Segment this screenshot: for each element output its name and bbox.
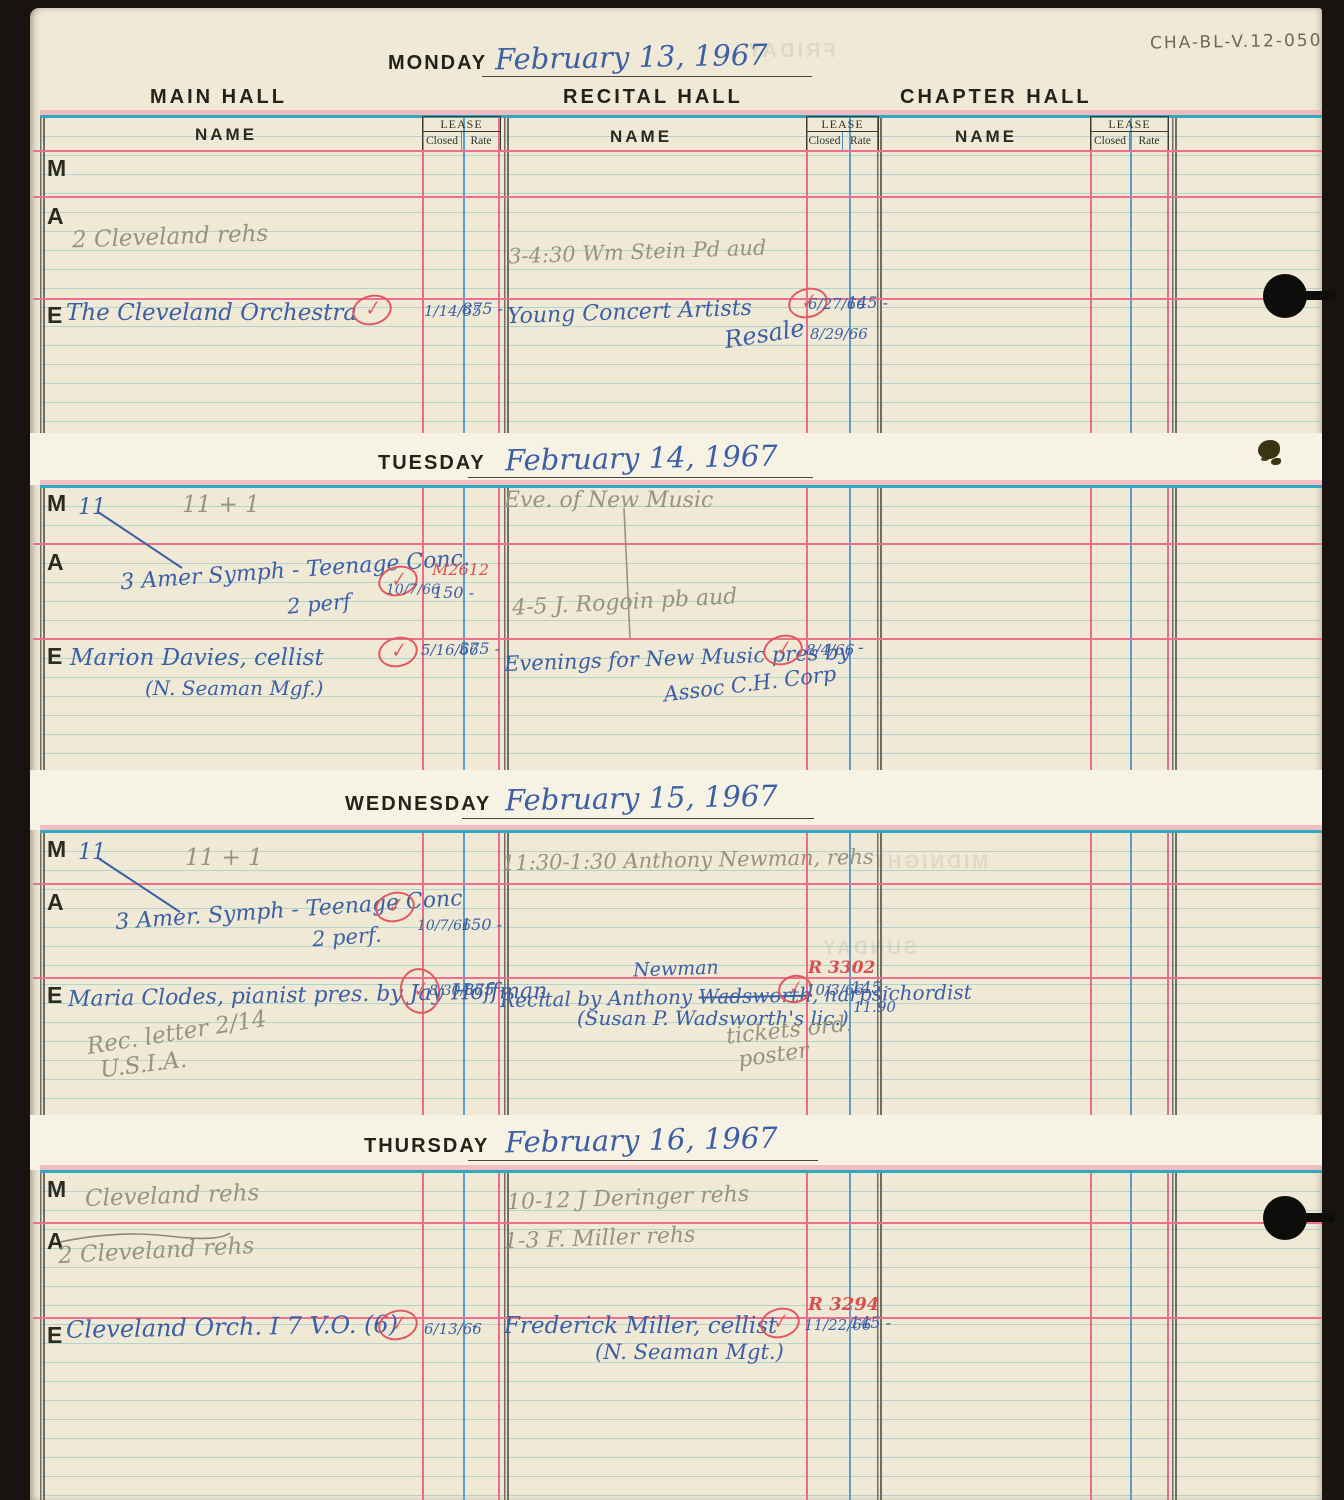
wed-recital-e-rate2: 11.90 bbox=[853, 998, 896, 1016]
thu-recital-e-code: R 3294 bbox=[808, 1294, 879, 1315]
row-label-a: A bbox=[47, 203, 65, 230]
day-label-wednesday: WEDNESDAY bbox=[345, 793, 491, 816]
day-label-thursday: THURSDAY bbox=[364, 1135, 489, 1158]
pencil-stroke bbox=[618, 506, 636, 642]
pen-stroke bbox=[96, 510, 186, 572]
name-column-header-chapter: NAME bbox=[955, 127, 1017, 147]
row-label-m: M bbox=[47, 155, 67, 182]
date-underline bbox=[468, 477, 813, 478]
day-label-monday: MONDAY bbox=[388, 52, 487, 75]
wed-main-a-rate: 150 - bbox=[461, 915, 502, 934]
tue-main-morning-note: 11 + 1 bbox=[182, 492, 260, 518]
entry-tue-main-evening: Marion Davies, cellist bbox=[70, 645, 324, 671]
entry-tue-recital-morning: Eve. of New Music bbox=[504, 488, 713, 513]
tue-main-a-rate: 150 - bbox=[433, 583, 474, 602]
entry-thu-main-evening: Cleveland Orch. I 7 V.O. (6) bbox=[66, 1310, 398, 1344]
punch-hole-tear bbox=[1295, 1213, 1335, 1222]
monday-table bbox=[40, 115, 1322, 436]
tue-main-e-mgmt: (N. Seaman Mgf.) bbox=[145, 676, 323, 700]
row-label-e: E bbox=[47, 982, 63, 1009]
wed-recital-e-correction: Newman bbox=[633, 957, 719, 982]
ink-blot bbox=[1258, 440, 1280, 459]
row-label-m: M bbox=[47, 1176, 67, 1203]
wed-recital-e-rate: 145 - bbox=[851, 978, 892, 997]
wed-main-morning-note: 11 + 1 bbox=[185, 845, 263, 871]
tue-main-e-rate: 575 - bbox=[459, 639, 500, 658]
lease-header-main: LEASE ClosedRate bbox=[422, 116, 501, 151]
thu-recital-e-rate: 145 - bbox=[850, 1313, 891, 1332]
entry-mon-main-evening: The Cleveland Orchestra bbox=[66, 300, 357, 326]
row-label-m: M bbox=[47, 490, 67, 517]
date-monday: February 13, 1967 bbox=[495, 38, 768, 77]
entry-thu-recital-evening: Frederick Miller, cellist bbox=[504, 1313, 777, 1339]
date-underline bbox=[468, 1160, 818, 1161]
name-column-header-main: NAME bbox=[195, 125, 257, 145]
date-underline bbox=[462, 818, 814, 819]
mon-main-e-rate: 875 - bbox=[462, 299, 503, 318]
hall-header-chapter: CHAPTER HALL bbox=[900, 86, 1092, 109]
tue-recital-e-closed: 8/4/66 bbox=[806, 641, 854, 659]
date-tuesday: February 14, 1967 bbox=[505, 439, 778, 478]
row-label-a: A bbox=[47, 549, 65, 576]
tue-main-a-code: M2612 bbox=[432, 560, 489, 579]
archive-reference-code: CHA-BL-V.12-050 bbox=[1150, 30, 1323, 53]
thu-main-e-rate: - bbox=[472, 1316, 478, 1336]
row-label-e: E bbox=[47, 302, 63, 329]
mon-recital-e-closed2: 8/29/66 bbox=[810, 325, 868, 343]
day-label-tuesday: TUESDAY bbox=[378, 452, 486, 475]
ledger-page-scan: CHA-BL-V.12-050 FRIDAY SATURDAY MIDNIGHT… bbox=[0, 0, 1344, 1500]
row-label-e: E bbox=[47, 1322, 63, 1349]
date-thursday: February 16, 1967 bbox=[505, 1121, 778, 1160]
row-label-a: A bbox=[47, 889, 65, 916]
thu-recital-e-mgmt: (N. Seaman Mgt.) bbox=[595, 1340, 784, 1364]
date-wednesday: February 15, 1967 bbox=[505, 779, 778, 818]
tuesday-table bbox=[40, 485, 1322, 773]
lease-header-recital: LEASE ClosedRate bbox=[806, 116, 879, 151]
punch-hole-tear bbox=[1295, 291, 1335, 300]
rate-label: Rate bbox=[462, 132, 500, 150]
lease-header-chapter: LEASE ClosedRate bbox=[1090, 116, 1169, 151]
hall-header-main: MAIN HALL bbox=[150, 86, 287, 109]
row-label-e: E bbox=[47, 643, 63, 670]
mon-recital-e-rate: 145 - bbox=[847, 293, 888, 312]
pencil-strike bbox=[58, 1228, 233, 1244]
hall-header-recital: RECITAL HALL bbox=[563, 86, 743, 109]
closed-label: Closed bbox=[423, 132, 462, 150]
wed-recital-e-code: R 3302 bbox=[808, 958, 875, 978]
tue-recital-e-rate: - bbox=[858, 638, 864, 658]
date-underline bbox=[482, 76, 812, 77]
tue-main-a-closed: 10/7/66 bbox=[386, 582, 440, 598]
row-label-m: M bbox=[47, 836, 67, 863]
name-column-header-recital: NAME bbox=[610, 127, 672, 147]
wed-main-a-perf: 2 perf. bbox=[311, 923, 382, 952]
